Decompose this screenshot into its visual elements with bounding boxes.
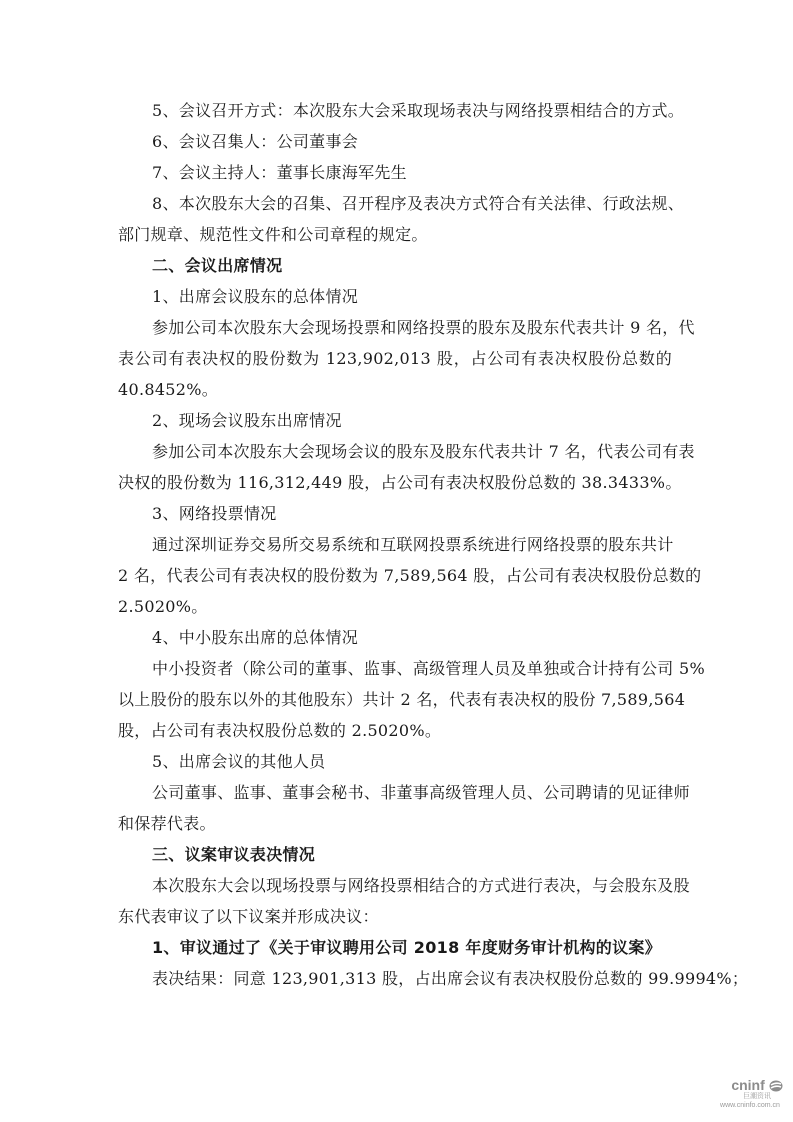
paragraph-line: 部门规章、规范性文件和公司章程的规定。	[118, 219, 672, 250]
paragraph-line: 参加公司本次股东大会现场会议的股东及股东代表共计 7 名，代表公司有表	[118, 436, 672, 467]
cninfo-logo: cninf	[722, 1078, 792, 1092]
paragraph-line: 3、网络投票情况	[118, 498, 672, 529]
paragraph-line: 6、会议召集人：公司董事会	[118, 126, 672, 157]
paragraph-line: 5、会议召开方式：本次股东大会采取现场表决与网络投票相结合的方式。	[118, 95, 672, 126]
logo-swirl-icon	[769, 1080, 783, 1092]
paragraph-line: 和保荐代表。	[118, 808, 672, 839]
paragraph-line: 1、出席会议股东的总体情况	[118, 281, 672, 312]
paragraph-line: 表决结果：同意 123,901,313 股，占出席会议有表决权股份总数的 99.…	[118, 963, 672, 994]
paragraph-line: 参加公司本次股东大会现场投票和网络投票的股东及股东代表共计 9 名，代	[118, 312, 672, 343]
cninfo-watermark: cninf 巨潮资讯 www.cninfo.com.cn	[722, 1078, 792, 1110]
paragraph-line: 公司董事、监事、董事会秘书、非董事高级管理人员、公司聘请的见证律师	[118, 777, 672, 808]
paragraph-line: 通过深圳证券交易所交易系统和互联网投票系统进行网络投票的股东共计	[118, 529, 672, 560]
paragraph-line: 40.8452%。	[118, 374, 672, 405]
paragraph-line: 8、本次股东大会的召集、召开程序及表决方式符合有关法律、行政法规、	[118, 188, 672, 219]
paragraph-line: 表公司有表决权的股份数为 123,902,013 股，占公司有表决权股份总数的	[118, 343, 672, 374]
paragraph-line: 2.5020%。	[118, 591, 672, 622]
paragraph-line: 股，占公司有表决权股份总数的 2.5020%。	[118, 715, 672, 746]
paragraph-line: 本次股东大会以现场投票与网络投票相结合的方式进行表决，与会股东及股	[118, 870, 672, 901]
section-heading: 二、会议出席情况	[118, 250, 672, 281]
paragraph-line: 东代表审议了以下议案并形成决议：	[118, 901, 672, 932]
logo-brand-text: cninf	[731, 1077, 764, 1093]
paragraph-line: 5、出席会议的其他人员	[118, 746, 672, 777]
paragraph-line: 以上股份的股东以外的其他股东）共计 2 名，代表有表决权的股份 7,589,56…	[118, 684, 672, 715]
section-heading: 三、议案审议表决情况	[118, 839, 672, 870]
paragraph-line: 中小投资者（除公司的董事、监事、高级管理人员及单独或合计持有公司 5%	[118, 653, 672, 684]
paragraph-line: 决权的股份数为 116,312,449 股，占公司有表决权股份总数的 38.34…	[118, 467, 672, 498]
paragraph-line: 4、中小股东出席的总体情况	[118, 622, 672, 653]
section-heading: 1、审议通过了《关于审议聘用公司 2018 年度财务审计机构的议案》	[118, 932, 672, 963]
logo-url: www.cninfo.com.cn	[708, 1101, 792, 1110]
paragraph-line: 7、会议主持人：董事长康海军先生	[118, 157, 672, 188]
logo-chinese-name: 巨潮资讯	[722, 1092, 792, 1101]
document-body: 5、会议召开方式：本次股东大会采取现场表决与网络投票相结合的方式。6、会议召集人…	[118, 95, 672, 994]
paragraph-line: 2 名，代表公司有表决权的股份数为 7,589,564 股，占公司有表决权股份总…	[118, 560, 672, 591]
paragraph-line: 2、现场会议股东出席情况	[118, 405, 672, 436]
